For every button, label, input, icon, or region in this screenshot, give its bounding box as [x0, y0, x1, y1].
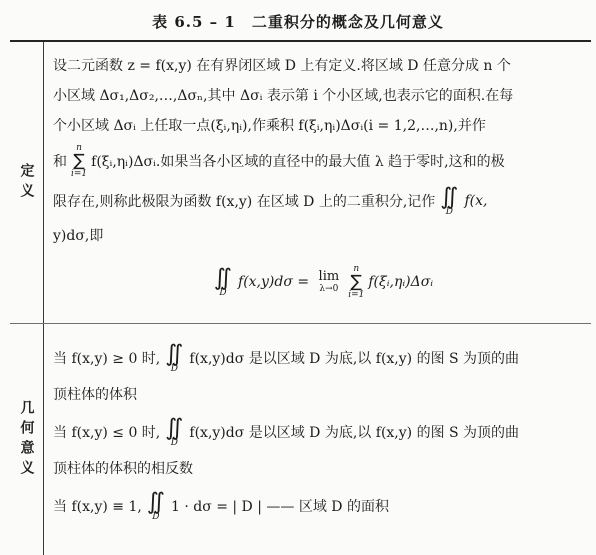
row-label-definition: 定义: [17, 163, 37, 203]
row-label-cell-definition: 定义: [10, 42, 44, 323]
row-label-geometry: 几何意义: [17, 400, 37, 480]
integral-domain-label: D: [152, 513, 159, 522]
definition-line-4: 和 n ∑ i=1 f(ξᵢ,ηᵢ)Δσᵢ.如果当各小区域的直径中的最大值 λ …: [53, 141, 589, 181]
table-row-geometric-meaning: 几何意义 当 f(x,y) ≥ 0 时, ∬ D f(x,y)dσ 是以区域 D…: [10, 323, 591, 555]
formula-tail: f(ξᵢ,ηᵢ)Δσᵢ: [368, 274, 433, 290]
double-integral-symbol: ∬ D: [214, 267, 232, 298]
definition-line-1: 设二元函数 z = f(x,y) 在有界闭区域 D 上有定义.将区域 D 任意分…: [53, 51, 589, 81]
limit-operator: lim λ→0: [319, 270, 340, 294]
definition-line-5: 限存在,则称此极限为函数 f(x,y) 在区域 D 上的二重积分,记作 ∬ D …: [53, 181, 589, 221]
double-integral-icon: ∬: [147, 491, 165, 514]
definition-line-5-post: f(x,: [464, 193, 487, 209]
geometry-case-2-continuation: 顶柱体的体积的相反数: [53, 453, 589, 485]
geometry-case-2-post: f(x,y)dσ 是以区域 D 为底,以 f(x,y) 的图 S 为顶的曲: [189, 422, 519, 442]
geometry-case-3-pre: 当 f(x,y) ≡ 1,: [53, 496, 142, 516]
sum-lower-limit: i=1: [71, 170, 87, 179]
table-row-definition: 定义 设二元函数 z = f(x,y) 在有界闭区域 D 上有定义.将区域 D …: [10, 42, 591, 323]
double-integral-icon: ∬: [440, 186, 458, 209]
double-integral-icon: ∬: [165, 343, 183, 366]
table-frame: 定义 设二元函数 z = f(x,y) 在有界闭区域 D 上有定义.将区域 D …: [10, 40, 591, 555]
definition-line-4-pre: 和: [53, 151, 67, 171]
row-label-cell-geometry: 几何意义: [10, 324, 44, 555]
integral-domain-label: D: [171, 439, 178, 448]
geometry-case-3: 当 f(x,y) ≡ 1, ∬ D 1 · dσ = | D | —— 区域 D…: [53, 485, 589, 527]
geometry-case-3-post: 1 · dσ = | D | —— 区域 D 的面积: [171, 496, 389, 516]
geometry-case-2: 当 f(x,y) ≤ 0 时, ∬ D f(x,y)dσ 是以区域 D 为底,以…: [53, 411, 589, 453]
double-integral-icon: ∬: [165, 417, 183, 440]
table-number: 表 6.5 – 1: [152, 13, 236, 31]
double-integral-symbol: ∬ D: [165, 417, 183, 448]
double-integral-symbol: ∬ D: [147, 491, 165, 522]
double-integral-formula: ∬ D f(x,y)dσ = lim λ→0 n ∑ i=1 f(ξᵢ,ηᵢ)Δ…: [53, 259, 589, 305]
geometry-case-2-pre: 当 f(x,y) ≤ 0 时,: [53, 422, 160, 442]
table-title: 表 6.5 – 1二重积分的概念及几何意义: [0, 0, 596, 32]
integral-domain-label: D: [171, 365, 178, 374]
sum-symbol: n ∑ i=1: [71, 144, 87, 179]
double-integral-icon: ∬: [214, 267, 232, 290]
definition-line-3: 个小区域 Δσᵢ 上任取一点(ξᵢ,ηᵢ),作乘积 f(ξᵢ,ηᵢ)Δσᵢ(i …: [53, 111, 589, 141]
formula-integrand: f(x,y)dσ =: [238, 274, 314, 290]
geometry-case-1: 当 f(x,y) ≥ 0 时, ∬ D f(x,y)dσ 是以区域 D 为底,以…: [53, 337, 589, 379]
table-title-text: 二重积分的概念及几何意义: [252, 13, 444, 31]
textbook-page: 表 6.5 – 1二重积分的概念及几何意义 定义 设二元函数 z = f(x,y…: [0, 0, 596, 555]
double-integral-symbol: ∬ D: [165, 343, 183, 374]
geometry-case-1-pre: 当 f(x,y) ≥ 0 时,: [53, 348, 160, 368]
definition-line-4-post: f(ξᵢ,ηᵢ)Δσᵢ.如果当各小区域的直径中的最大值 λ 趋于零时,这和的极: [91, 151, 504, 171]
sum-symbol: n ∑ i=1: [348, 265, 364, 300]
limit-label: lim: [319, 270, 340, 283]
definition-line-6: y)dσ,即: [53, 221, 589, 251]
sigma-icon: ∑: [351, 274, 362, 291]
sigma-icon: ∑: [73, 153, 84, 170]
sum-lower-limit: i=1: [348, 291, 364, 300]
geometry-case-1-post: f(x,y)dσ 是以区域 D 为底,以 f(x,y) 的图 S 为顶的曲: [189, 348, 519, 368]
double-integral-symbol: ∬ D: [440, 186, 458, 217]
definition-line-5-pre: 限存在,则称此极限为函数 f(x,y) 在区域 D 上的二重积分,记作: [53, 191, 435, 211]
geometry-content: 当 f(x,y) ≥ 0 时, ∬ D f(x,y)dσ 是以区域 D 为底,以…: [44, 324, 591, 555]
integral-domain-label: D: [446, 208, 453, 217]
limit-subscript: λ→0: [319, 285, 338, 294]
definition-line-2: 小区域 Δσ₁,Δσ₂,…,Δσₙ,其中 Δσᵢ 表示第 i 个小区域,也表示它…: [53, 81, 589, 111]
definition-content: 设二元函数 z = f(x,y) 在有界闭区域 D 上有定义.将区域 D 任意分…: [44, 42, 591, 323]
integral-domain-label: D: [219, 289, 226, 298]
geometry-case-1-continuation: 顶柱体的体积: [53, 379, 589, 411]
